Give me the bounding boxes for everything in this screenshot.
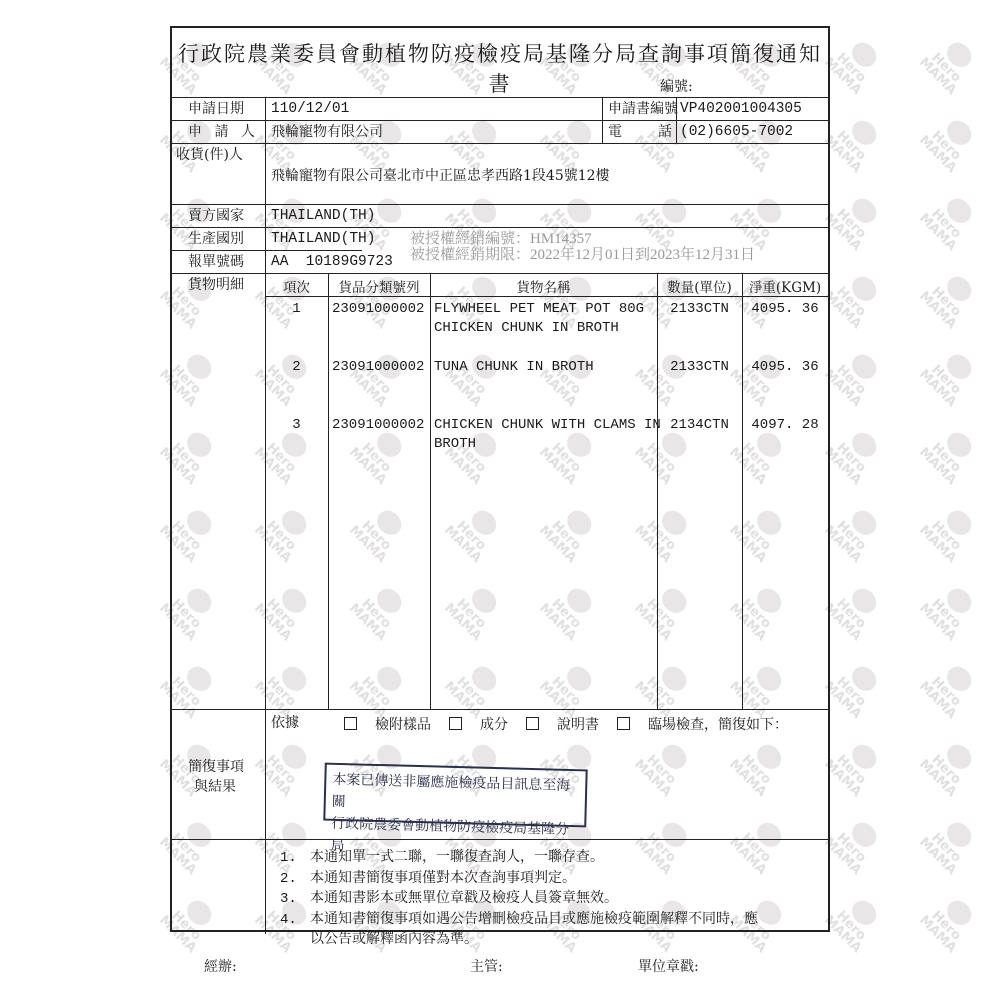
watermark-logo-icon — [847, 38, 881, 72]
column-header-name: 貨物名稱 — [430, 276, 657, 296]
divider — [657, 273, 658, 709]
consignee-value: 飛輪寵物有限公司臺北市中正區忠孝西路1段45號12樓 — [271, 167, 610, 185]
watermark: HeroMAMA — [822, 265, 888, 331]
divider — [328, 273, 329, 709]
note-number: 4. — [280, 911, 310, 931]
watermark: HeroMAMA — [917, 109, 983, 175]
application-no-value: VP402001004305 — [680, 100, 802, 118]
note-text: 本通知書簡復事項僅對本次查詢事項判定。 — [310, 870, 576, 886]
consignee-label: 收貨(件)人 — [176, 146, 243, 164]
item-number: 2 — [265, 358, 328, 377]
result-label-line2: 與結果 — [194, 778, 236, 796]
column-header-weight: 淨重(KGM) — [742, 276, 828, 296]
basis-option[interactable]: 檢附樣品 — [344, 717, 431, 733]
watermark: HeroMAMA — [917, 31, 983, 97]
apply-date-label: 申請日期 — [188, 100, 244, 118]
watermark: HeroMAMA — [822, 109, 888, 175]
watermark-logo-icon — [847, 506, 881, 540]
net-weight: 4097. 28 — [742, 416, 828, 435]
origin-country-label: 生產國別 — [188, 230, 244, 248]
watermark: HeroMAMA — [822, 733, 888, 799]
divider — [172, 227, 828, 228]
watermark-logo-icon — [847, 272, 881, 306]
seller-country-label: 賣方國家 — [188, 207, 244, 225]
checkbox-label: 檢附樣品 — [375, 717, 431, 733]
watermark-logo-icon — [942, 662, 976, 696]
result-label-line1: 簡復事項 — [188, 758, 244, 776]
official-stamp: 本案已傳送非屬應施檢疫品目訊息至海關 行政院農委會動植物防疫檢疫局基隆分局 — [323, 763, 587, 828]
watermark-logo-icon — [942, 818, 976, 852]
note-text: 以公告或解釋函內容為準。 — [310, 931, 478, 947]
divider — [172, 143, 828, 144]
watermark-logo-icon — [942, 506, 976, 540]
document-title: 行政院農業委員會動植物防疫檢疫局基隆分局查詢事項簡復通知書 — [172, 38, 828, 98]
quantity: 2133CTN — [657, 358, 742, 377]
watermark: HeroMAMA — [917, 265, 983, 331]
authorization-number: 被授權經銷編號：HM14357 — [410, 231, 592, 247]
net-weight: 4095. 36 — [742, 300, 828, 319]
watermark: HeroMAMA — [822, 187, 888, 253]
watermark: HeroMAMA — [822, 343, 888, 409]
watermark: HeroMAMA — [917, 421, 983, 487]
divider — [172, 709, 828, 710]
watermark-logo-icon — [847, 194, 881, 228]
note-item: 以公告或解釋函內容為準。 — [280, 930, 758, 950]
watermark: HeroMAMA — [822, 655, 888, 721]
checkbox-label: 臨場檢查，簡復如下： — [648, 717, 788, 733]
divider — [265, 97, 266, 934]
supervisor-label: 主管: — [470, 956, 503, 976]
column-header-code: 貨品分類號列 — [328, 276, 430, 296]
basis-option[interactable]: 臨場檢查，簡復如下： — [617, 717, 788, 733]
watermark-logo-icon — [847, 818, 881, 852]
divider — [430, 273, 431, 709]
watermark-logo-icon — [942, 272, 976, 306]
phone-label-a: 電 — [608, 123, 622, 141]
watermark-logo-icon — [942, 428, 976, 462]
note-item: 4.本通知書簡復事項如遇公告增刪檢疫品目或應施檢疫範圍解釋不同時，應 — [280, 910, 758, 931]
watermark-logo-icon — [847, 740, 881, 774]
note-number: 2. — [280, 870, 310, 890]
application-no-label: 申請書編號 — [608, 100, 678, 118]
tariff-code: 23091000002 — [332, 416, 424, 435]
notes-list: 1.本通知單一式二聯，一聯復查詢人，一聯存查。2.本通知書簡復事項僅對本次查詢事… — [280, 848, 758, 950]
watermark-logo-icon — [847, 896, 881, 930]
applicant-value: 飛輪寵物有限公司 — [271, 123, 383, 141]
watermark-logo-icon — [942, 194, 976, 228]
note-number: 1. — [280, 849, 310, 869]
watermark-logo-icon — [942, 896, 976, 930]
note-item: 3.本通知書影本或無單位章戳及檢疫人員簽章無效。 — [280, 889, 758, 910]
divider — [742, 273, 743, 709]
net-weight: 4095. 36 — [742, 358, 828, 377]
goods-name: FLYWHEEL PET MEAT POT 80G CHICKEN CHUNK … — [434, 300, 644, 338]
watermark-logo-icon — [847, 584, 881, 618]
checkbox-icon[interactable] — [449, 717, 462, 730]
watermark-logo-icon — [847, 428, 881, 462]
watermark: HeroMAMA — [917, 577, 983, 643]
divider — [172, 250, 362, 251]
divider — [172, 204, 828, 205]
tariff-code: 23091000002 — [332, 358, 424, 377]
checkbox-icon[interactable] — [617, 717, 630, 730]
divider — [172, 97, 828, 98]
checkbox-icon[interactable] — [526, 717, 539, 730]
watermark-logo-icon — [847, 116, 881, 150]
goods-name: TUNA CHUNK IN BROTH — [434, 358, 594, 377]
basis-checkboxes: 檢附樣品成分說明書臨場檢查，簡復如下： — [344, 714, 806, 734]
declaration-no-label: 報單號碼 — [188, 253, 244, 271]
note-text: 本通知單一式二聯，一聯復查詢人，一聯存查。 — [310, 849, 604, 865]
quantity: 2134CTN — [657, 416, 742, 435]
watermark: HeroMAMA — [917, 733, 983, 799]
watermark: HeroMAMA — [822, 421, 888, 487]
watermark: HeroMAMA — [822, 811, 888, 877]
watermark-logo-icon — [942, 584, 976, 618]
notice-form: 行政院農業委員會動植物防疫檢疫局基隆分局查詢事項簡復通知書 編號: 申請日期 1… — [170, 26, 830, 932]
watermark-logo-icon — [942, 350, 976, 384]
checkbox-label: 成分 — [480, 717, 508, 733]
serial-number-label: 編號: — [660, 76, 693, 96]
phone-label-b: 話 — [658, 123, 672, 141]
divider — [602, 97, 603, 143]
notice-page: HeroMAMAHeroMAMAHeroMAMAHeroMAMAHeroMAMA… — [0, 0, 1000, 1000]
watermark: HeroMAMA — [917, 187, 983, 253]
apply-date-value: 110/12/01 — [271, 100, 349, 118]
divider — [172, 120, 828, 121]
watermark-logo-icon — [847, 662, 881, 696]
watermark: HeroMAMA — [822, 499, 888, 565]
tariff-code: 23091000002 — [332, 300, 424, 319]
item-number: 1 — [265, 300, 328, 319]
watermark-logo-icon — [847, 350, 881, 384]
checkbox-icon[interactable] — [344, 717, 357, 730]
checkbox-label: 說明書 — [557, 717, 599, 733]
goods-section-label: 貨物明細 — [188, 276, 244, 294]
column-header-item: 項次 — [265, 276, 328, 296]
basis-option[interactable]: 說明書 — [526, 717, 599, 733]
note-item: 1.本通知單一式二聯，一聯復查詢人，一聯存查。 — [280, 848, 758, 869]
watermark: HeroMAMA — [917, 499, 983, 565]
watermark: HeroMAMA — [822, 577, 888, 643]
seller-country-value: THAILAND(TH) — [271, 207, 375, 225]
stamp-line-1: 本案已傳送非屬應施檢疫品目訊息至海關 — [331, 769, 579, 819]
phone-value: (02)6605-7002 — [680, 123, 793, 141]
item-number: 3 — [265, 416, 328, 435]
watermark: HeroMAMA — [822, 889, 888, 955]
watermark: HeroMAMA — [822, 31, 888, 97]
origin-country-value: THAILAND(TH) — [271, 230, 375, 248]
handler-label: 經辦: — [204, 956, 237, 976]
note-number: 3. — [280, 890, 310, 910]
note-text: 本通知書簡復事項如遇公告增刪檢疫品目或應施檢疫範圍解釋不同時，應 — [310, 911, 758, 927]
divider — [265, 296, 828, 297]
watermark-logo-icon — [942, 116, 976, 150]
note-text: 本通知書影本或無單位章戳及檢疫人員簽章無效。 — [310, 890, 618, 906]
watermark: HeroMAMA — [917, 889, 983, 955]
goods-name: CHICKEN CHUNK WITH CLAMS IN BROTH — [434, 416, 661, 454]
authorization-period: 被授權經銷期限：2022年12月01日到2023年12月31日 — [410, 247, 755, 263]
unit-seal-label: 單位章戳: — [638, 956, 699, 976]
note-item: 2.本通知書簡復事項僅對本次查詢事項判定。 — [280, 869, 758, 890]
watermark-logo-icon — [942, 740, 976, 774]
quantity: 2133CTN — [657, 300, 742, 319]
applicant-label: 申 請 人 — [188, 123, 259, 141]
watermark-logo-icon — [942, 38, 976, 72]
basis-option[interactable]: 成分 — [449, 717, 508, 733]
declaration-no-value: AA 10189G9723 — [271, 253, 393, 271]
column-header-quantity: 數量(單位) — [657, 276, 742, 296]
watermark: HeroMAMA — [917, 343, 983, 409]
basis-label: 依據 — [271, 714, 299, 732]
divider — [172, 273, 828, 274]
watermark: HeroMAMA — [917, 655, 983, 721]
watermark: HeroMAMA — [917, 811, 983, 877]
